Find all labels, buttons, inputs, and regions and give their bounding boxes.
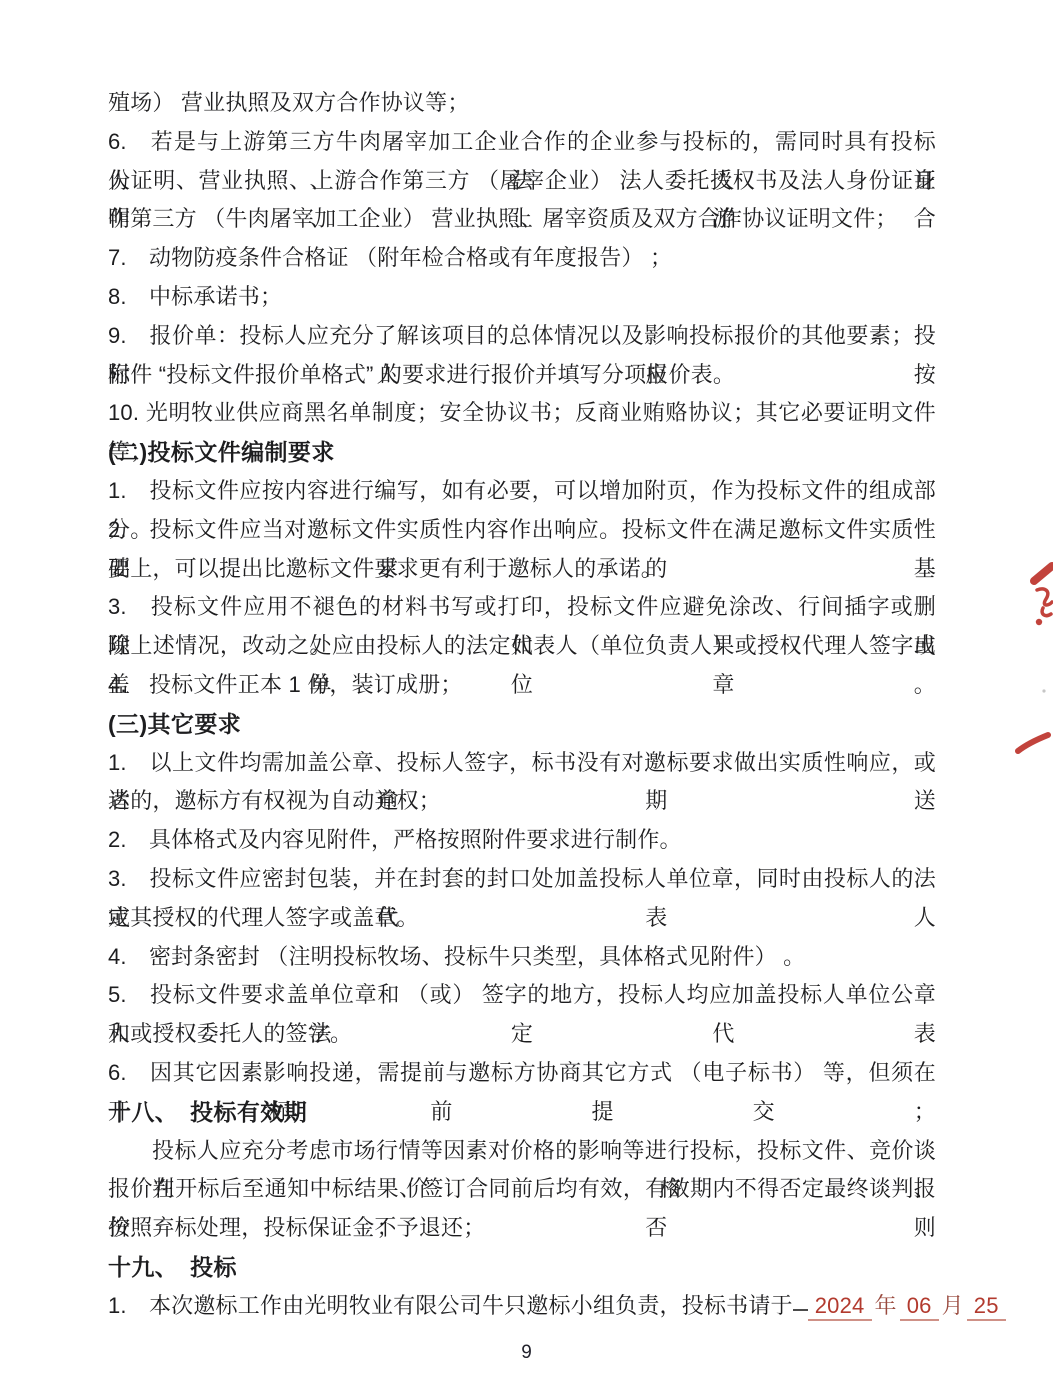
text-line: 9. 报价单：投标人应充分了解该项目的总体情况以及影响投标报价的其他要素；投标人… — [108, 317, 936, 356]
section-heading: (二)投标文件编制要求 — [108, 433, 936, 472]
text-line: 3. 投标文件应用不褪色的材料书写或打印，投标文件应避免涂改、行间插字或删除。如… — [108, 588, 936, 627]
date-line-prefix: 1. 本次邀标工作由光明牧业有限公司牛只邀标小组负责，投标书请于 — [108, 1293, 793, 1318]
red-diagonal-stroke-mark — [1034, 566, 1052, 581]
text-line: 报价在开标后至通知中标结果、签订合同前后均有效，有效期内不得否定最终谈判报价；否… — [108, 1170, 936, 1209]
red-ink-dot — [1036, 619, 1042, 625]
text-line: 4. 密封条密封 （注明投标牧场、投标牛只类型，具体格式见附件） 。 — [108, 938, 936, 977]
date-line: 1. 本次邀标工作由光明牧业有限公司牛只邀标小组负责，投标书请于2024年06月… — [108, 1287, 936, 1326]
red-scribble-mark — [1042, 608, 1051, 616]
text-line: 投标人应充分考虑市场行情等因素对价格的影响等进行投标，投标文件、竞价谈判价格、 — [108, 1132, 936, 1171]
red-curved-stroke-mark — [1018, 735, 1048, 751]
document-body: 殖场） 营业执照及双方合作协议等；6. 若是与上游第三方牛肉屠宰加工企业合作的企… — [108, 84, 936, 1326]
section-heading: 十九、 投标 — [108, 1248, 936, 1287]
text-line: 份证明、营业执照、上游合作第三方 （屠宰企业） 法人委托授权书及法人身份证证明、… — [108, 162, 936, 201]
date-value-filled: 06 — [900, 1293, 939, 1321]
text-line: 6. 若是与上游第三方牛肉屠宰加工企业合作的企业参与投标的，需同时具有投标人、法… — [108, 123, 936, 162]
red-scribble-mark — [1037, 589, 1052, 605]
text-line: 3. 投标文件应密封包装，并在封套的封口处加盖投标人单位章，同时由投标人的法定代… — [108, 860, 936, 899]
text-line: 殖场） 营业执照及双方合作协议等； — [108, 84, 936, 123]
date-value-filled: 25 — [967, 1293, 1006, 1321]
date-unit-label: 月 — [939, 1293, 967, 1318]
document-page: 殖场） 营业执照及双方合作协议等；6. 若是与上游第三方牛肉屠宰加工企业合作的企… — [0, 0, 1053, 1397]
text-line: 现上述情况，改动之处应由投标人的法定代表人（单位负责人）或授权代理人签字或盖单位… — [108, 627, 936, 666]
date-unit-label: 年 — [872, 1293, 900, 1318]
text-line: 7. 动物防疫条件合格证 （附年检合格或有年度报告） ； — [108, 239, 936, 278]
text-line: 10. 光明牧业供应商黑名单制度；安全协议书；反商业贿赂协议；其它必要证明文件等… — [108, 394, 936, 433]
section-heading: (三)其它要求 — [108, 705, 936, 744]
text-line: 作第三方 （牛肉屠宰加工企业） 营业执照、屠宰资质及双方合作协议证明文件； — [108, 200, 936, 239]
text-line: 2. 投标文件应当对邀标文件实质性内容作出响应。投标文件在满足邀标文件实质性要求… — [108, 511, 936, 550]
page-number: 9 — [0, 1342, 1053, 1364]
blank-underscore — [793, 1308, 808, 1311]
faint-gray-dot — [1042, 689, 1045, 692]
text-line: 6. 因其它因素影响投递，需提前与邀标方协商其它方式 （电子标书） 等，但须在开… — [108, 1054, 936, 1093]
text-line: 2. 具体格式及内容见附件，严格按照附件要求进行制作。 — [108, 821, 936, 860]
text-line: 1. 投标文件应按内容进行编写，如有必要，可以增加附页，作为投标文件的组成部分。 — [108, 472, 936, 511]
text-line: 1. 以上文件均需加盖公章、投标人签字，标书没有对邀标要求做出实质性响应，或者逾… — [108, 744, 936, 783]
date-value-filled: 2024 — [808, 1293, 872, 1321]
handwritten-red-margin-annotation — [1000, 550, 1053, 770]
text-line: 8. 中标承诺书； — [108, 278, 936, 317]
text-line: 5. 投标文件要求盖单位章和 （或） 签字的地方，投标人均应加盖投标人单位公章和… — [108, 976, 936, 1015]
